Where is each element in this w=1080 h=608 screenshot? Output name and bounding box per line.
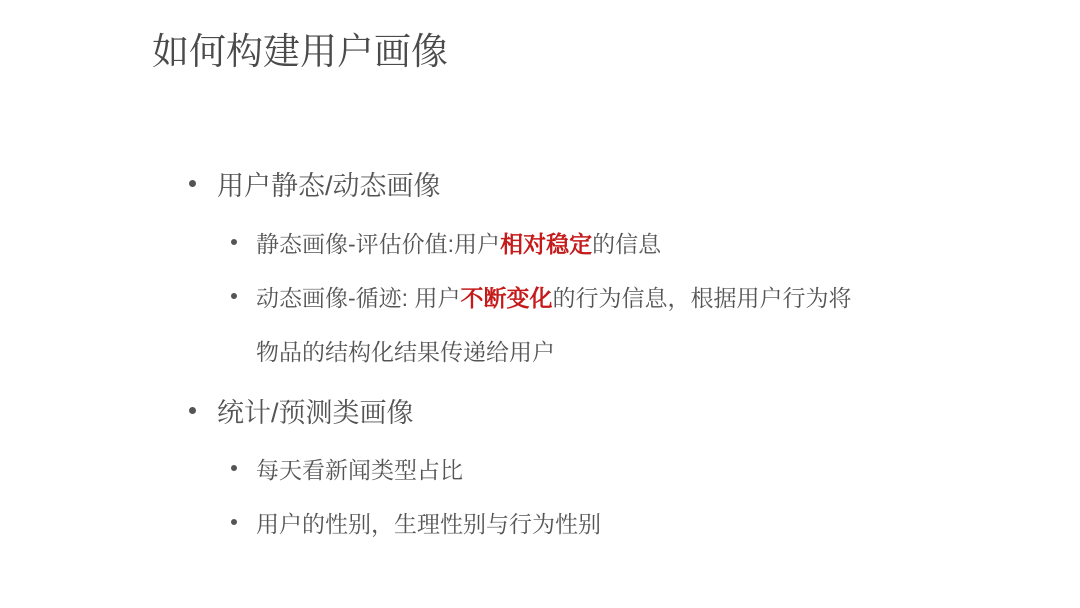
sub-bullet-text: 用户的性别，生理性别与行为性别 [256,506,601,539]
sub-bullet-static-profile: 静态画像-评估价值:用户相对稳定的信息 [231,227,661,257]
bullet-label: 用户静态/动态画像 [217,164,441,203]
sub-bullet-dynamic-profile-continuation: 物品的结构化结果传递给用户 [256,335,555,365]
bullet-dot-icon [189,180,196,187]
highlight-red-text: 不断变化 [460,285,552,311]
text-segment: 的行为信息，根据用户行为将 [552,285,851,311]
slide-title: 如何构建用户画像 [152,31,448,74]
bullet-label: 统计/预测类画像 [217,391,414,430]
sub-bullet-text: 物品的结构化结果传递给用户 [256,334,555,367]
text-segment: 静态画像-评估价值:用户 [256,231,500,257]
highlight-red-text: 相对稳定 [500,231,592,257]
bullet-dot-icon [189,407,196,414]
sub-bullet-text: 动态画像-循迹: 用户不断变化的行为信息，根据用户行为将 [256,280,851,313]
bullet-item-stat-predict-profile: 统计/预测类画像 [189,393,414,427]
slide-canvas: 如何构建用户画像 用户静态/动态画像 静态画像-评估价值:用户相对稳定的信息 动… [0,0,1080,608]
sub-bullet-text: 静态画像-评估价值:用户相对稳定的信息 [256,226,661,259]
sub-bullet-user-gender: 用户的性别，生理性别与行为性别 [231,507,601,537]
bullet-item-static-dynamic-profile: 用户静态/动态画像 [189,166,441,200]
bullet-dot-icon [231,293,237,299]
sub-bullet-news-type-ratio: 每天看新闻类型占比 [231,453,463,483]
sub-bullet-text: 每天看新闻类型占比 [256,452,463,485]
sub-bullet-dynamic-profile: 动态画像-循迹: 用户不断变化的行为信息，根据用户行为将 [231,281,851,311]
text-segment: 的信息 [592,231,661,257]
bullet-dot-icon [231,465,237,471]
bullet-dot-icon [231,519,237,525]
bullet-dot-icon [231,239,237,245]
text-segment: 动态画像-循迹: 用户 [256,285,460,311]
